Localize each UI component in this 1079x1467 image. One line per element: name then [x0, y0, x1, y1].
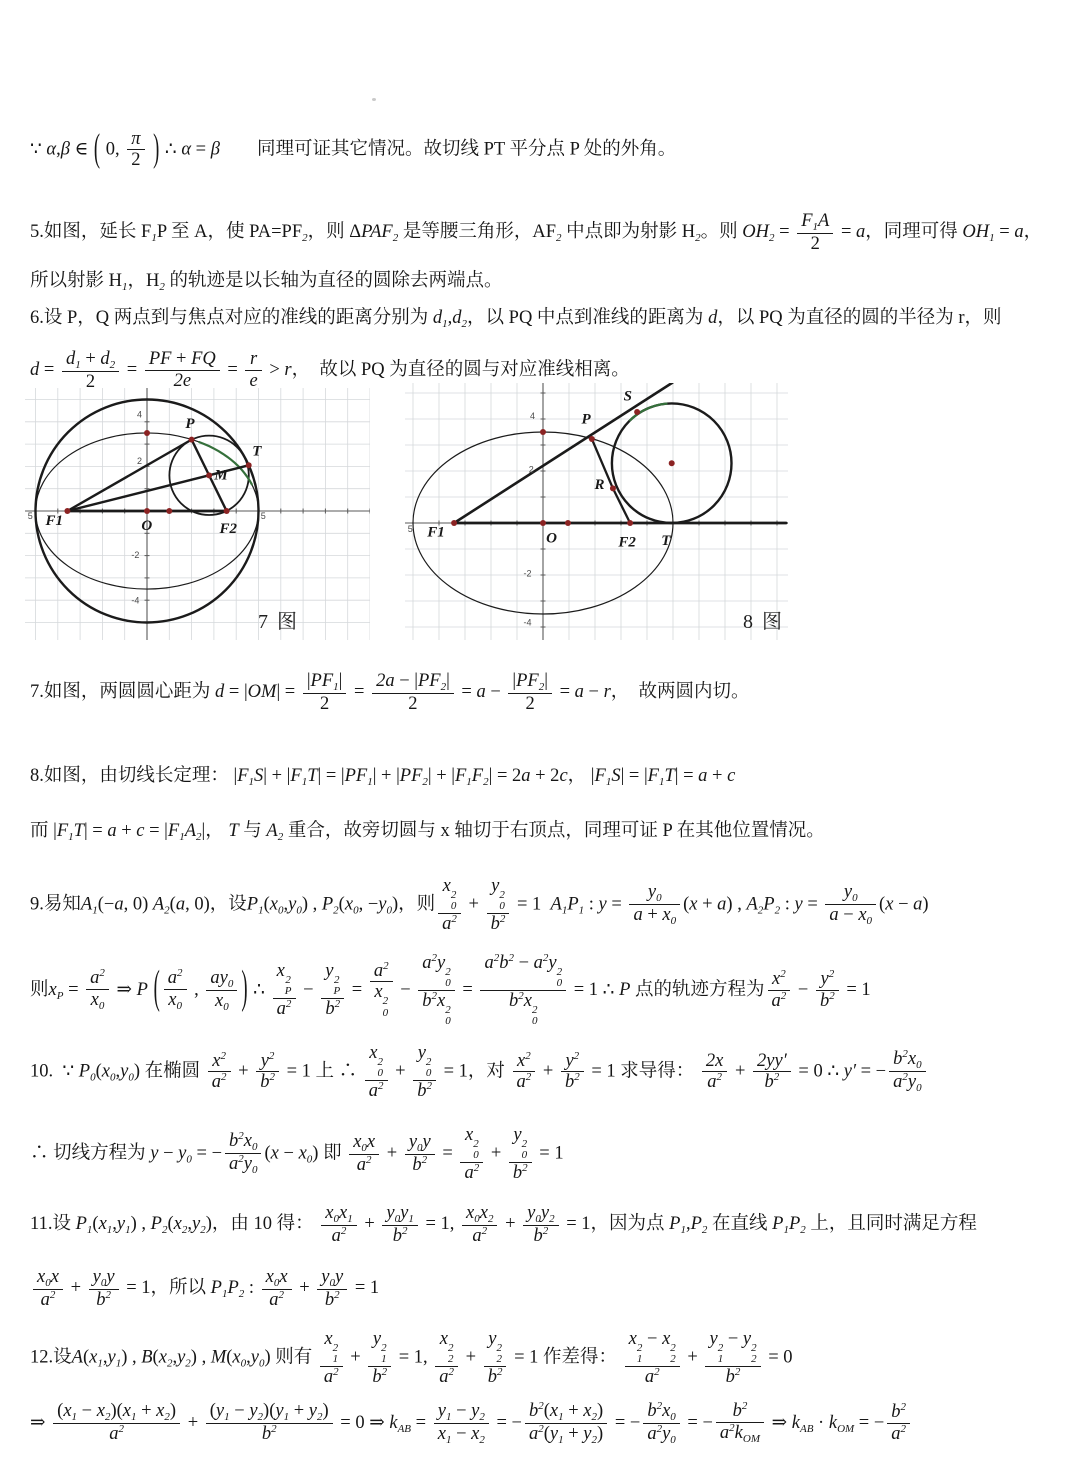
- svg-text:5: 5: [261, 511, 266, 521]
- formula-line-sec9-2: 则xP = a2x0 ⇒ P (a2x0 , ay0x0) ∴ x2Pa2 − …: [30, 951, 1072, 1030]
- svg-text:4: 4: [137, 409, 142, 419]
- formula-line-sec8-1: 8.如图，由切线长定理： |F1S| + |F1T| = |PF1| + |PF…: [30, 764, 1072, 788]
- formula-line-sec11-2: x0xa2 + y0yb2 = 1，所以 P1P2 : x0xa2 + y0yb…: [30, 1265, 1072, 1313]
- formula-line-sec9-1: 9.易知A1(−a, 0) A2(a, 0)，设P1(x0,y0) , P2(x…: [30, 874, 1072, 937]
- svg-text:-2: -2: [524, 568, 532, 578]
- svg-text:T: T: [661, 533, 671, 549]
- figure-7-plot: F1OF2PTM42-2-455: [25, 388, 370, 640]
- formula-line-sec5-2: 所以射影 H1，H2 的轨迹是以长轴为直径的圆除去两端点。: [30, 269, 1072, 293]
- svg-text:O: O: [546, 531, 557, 547]
- svg-text:R: R: [593, 477, 604, 493]
- formula-line-sec5-1: 5.如图，延长 F1P 至 A，使 PA=PF2，则 ΔPAF2 是等腰三角形，…: [30, 209, 1072, 257]
- formula-line-sec11-1: 11.设 P1(x1,y1) , P2(x2,y2)，由 10 得： x0x1a…: [30, 1201, 1072, 1249]
- figure-8-plot: F1OF2TPSR42-2-45: [405, 383, 788, 640]
- svg-text:-4: -4: [524, 618, 532, 628]
- svg-text:P: P: [581, 412, 591, 428]
- formula-line-sec10-1: 10. ∵ P0(x0,y0) 在椭圆 x2a2 + y2b2 = 1 上 ∴ …: [30, 1041, 1072, 1104]
- svg-text:P: P: [185, 416, 195, 432]
- svg-text:-4: -4: [131, 596, 139, 606]
- svg-text:F1: F1: [426, 525, 445, 541]
- svg-text:5: 5: [28, 511, 33, 521]
- formula-line-sec12-2: ⇒ (x1 − x2)(x1 + x2)a2 + (y1 − y2)(y1 + …: [30, 1399, 1072, 1448]
- formula-line-sec8-2: 而 |F1T| = a + c = |F1A2|， T 与 A2 重合，故旁切圆…: [30, 819, 1072, 843]
- figure-8-caption: 8 图: [743, 605, 784, 634]
- svg-text:2: 2: [137, 456, 142, 466]
- svg-text:M: M: [213, 467, 228, 483]
- svg-text:F1: F1: [45, 513, 64, 529]
- formula-line-sec12-1: 12.设A(x1,y1) , B(x2,y2) , M(x0,y0) 则有 x2…: [30, 1327, 1072, 1390]
- formula-line-sec7: 7.如图，两圆圆心距为 d = |OM| = |PF1|2 = 2a − |PF…: [30, 669, 1072, 717]
- formula-line-tangent-angle: ∵ α,β ∈ ( 0, π2 ) ∴ α = β 同理可证其它情况。故切线 P…: [30, 127, 1072, 173]
- svg-text:F2: F2: [617, 534, 636, 550]
- svg-text:-2: -2: [131, 550, 139, 560]
- svg-text:S: S: [624, 388, 632, 404]
- svg-text:4: 4: [530, 411, 535, 421]
- stray-mark: [372, 98, 376, 101]
- svg-text:F2: F2: [218, 521, 237, 537]
- formula-line-sec10-2: ∴ 切线方程为 y − y0 = −b2x0a2y0(x − x0) 即 x0x…: [30, 1123, 1072, 1186]
- svg-text:2: 2: [529, 464, 534, 474]
- svg-text:O: O: [141, 518, 152, 534]
- formula-line-sec6-1: 6.设 P，Q 两点到与焦点对应的准线的距离分别为 d1,d2，以 PQ 中点到…: [30, 306, 1072, 330]
- svg-text:5: 5: [408, 524, 413, 534]
- svg-text:T: T: [252, 443, 262, 459]
- figure-7-caption: 7 图: [258, 605, 299, 634]
